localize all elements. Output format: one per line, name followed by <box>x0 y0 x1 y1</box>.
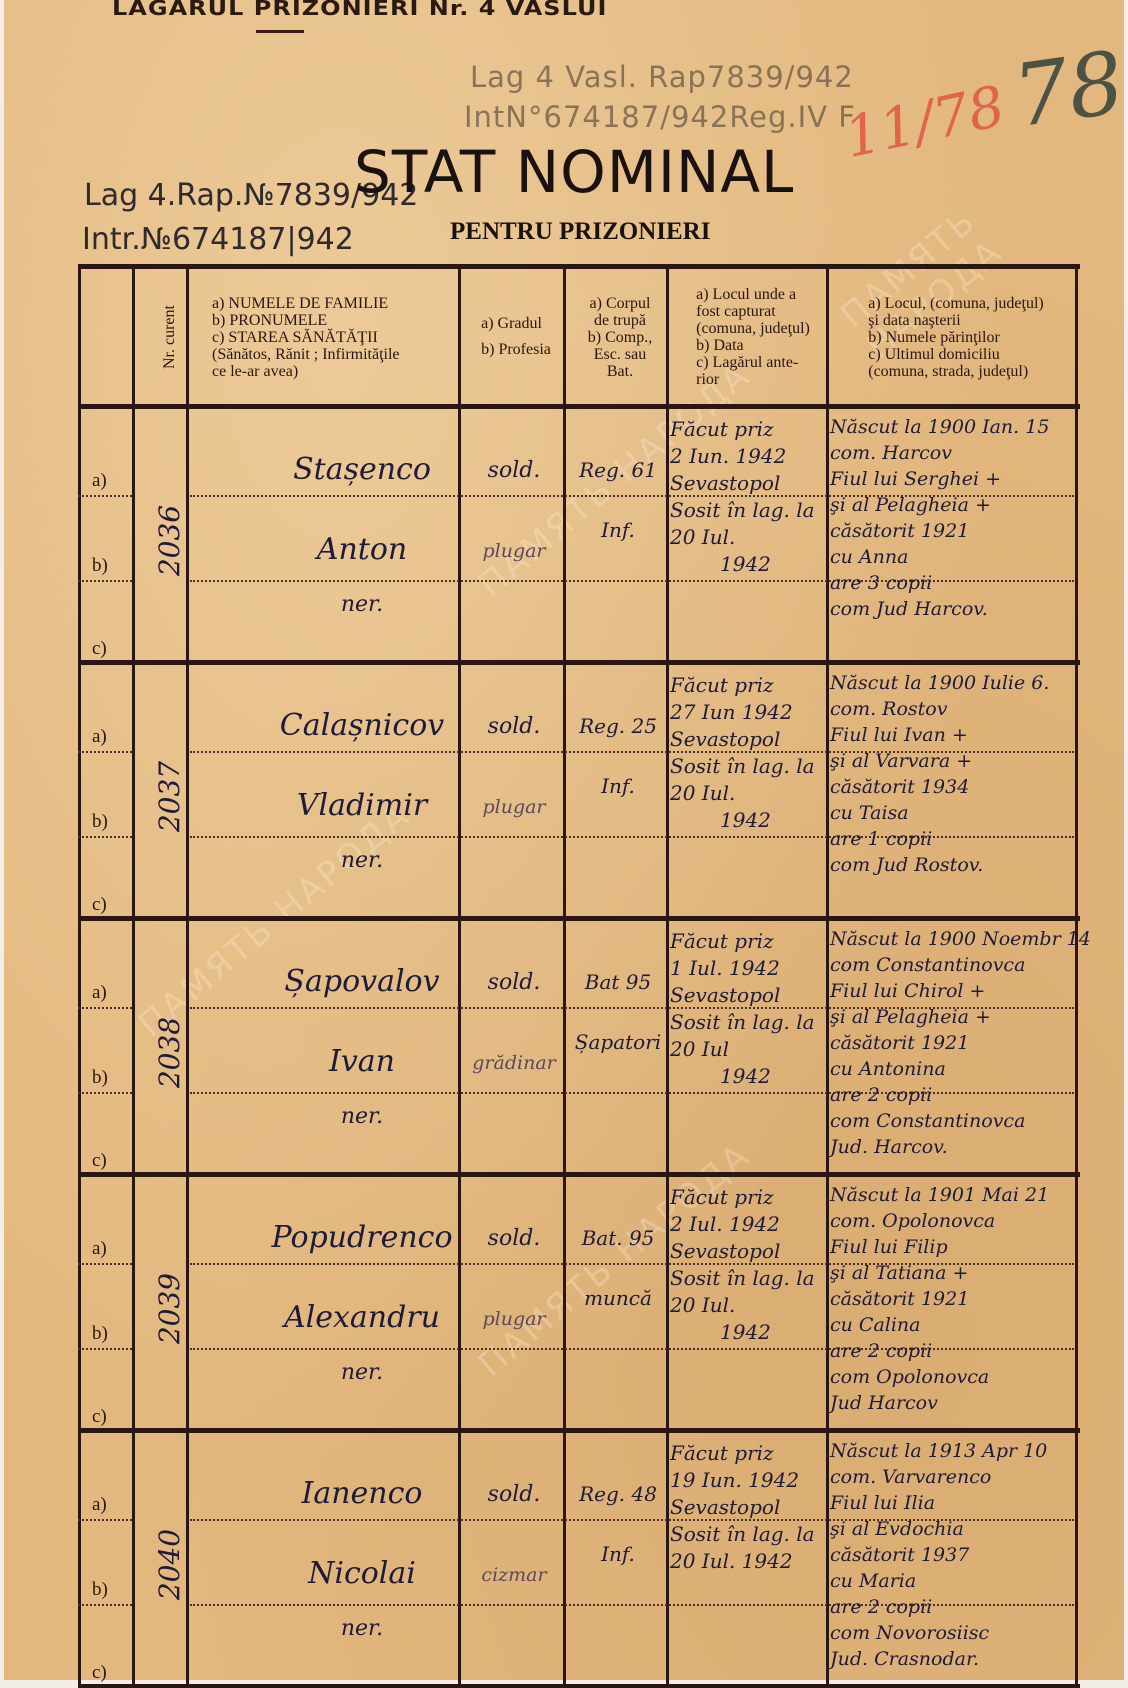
company: Inf. <box>570 1542 666 1566</box>
current-number: 2036 <box>142 470 198 610</box>
birth-line: com Jud Harcov. <box>830 596 1049 622</box>
birth-line: Fiul lui Serghei + <box>830 466 1049 492</box>
header-grade: a) Gradulb) Profesia <box>464 270 568 404</box>
document-page: LAGĂRUL PRIZONIERI Nr. 4 VASLUI Lag 4 Va… <box>4 0 1124 1680</box>
row-label-a: a) <box>92 726 107 748</box>
birth-line: Jud Harcov <box>830 1390 1049 1416</box>
current-number: 2037 <box>142 726 198 866</box>
capture-line: Sevastopol <box>670 726 815 753</box>
health-status: ner. <box>204 1616 520 1641</box>
profession: plugar <box>464 796 564 818</box>
header-line: b) Profesia <box>481 337 551 363</box>
birth-line: are 1 copii <box>830 826 1049 852</box>
capture-line: 2 Iun. 1942 <box>670 443 815 470</box>
row-bottom-rule <box>78 1172 1080 1177</box>
birth-line: com. Opolonovca <box>830 1208 1049 1234</box>
prisoner-table: Nr. curent a) NUMELE DE FAMILIEb) PRONUM… <box>78 264 1080 1688</box>
row-label-a: a) <box>92 982 107 1004</box>
row-label-a: a) <box>92 1238 107 1260</box>
header-line: b) PRONUMELE <box>212 312 400 329</box>
birth-line: Fiul lui Chirol + <box>830 978 1091 1004</box>
capture-info: Făcut priz1 Iul. 1942SevastopolSosit în … <box>670 928 815 1090</box>
row-label-c: c) <box>92 1150 107 1172</box>
registration-stamp-line-2: IntN°674187/942Reg.IV F <box>464 100 856 134</box>
capture-line: 1942 <box>670 1063 815 1090</box>
header-bottom-rule <box>78 404 1080 409</box>
birth-info: Născut la 1913 Apr 10com. VarvarencoFiul… <box>830 1438 1047 1672</box>
row-divider <box>78 580 132 582</box>
birth-line: şi al Pelagheia + <box>830 492 1049 518</box>
birth-line: căsătorit 1921 <box>830 518 1049 544</box>
capture-line: 20 Iul. <box>670 780 815 807</box>
table-row: a)b)c)2038ȘapovalovIvanner.sold.grădinar… <box>78 922 1080 1178</box>
header-line: a) NUMELE DE FAMILIE <box>212 295 400 312</box>
birth-line: com. Harcov <box>830 440 1049 466</box>
document-title: STAT NOMINAL <box>354 138 794 206</box>
header-capture: a) Locul unde afost capturat(comuna, jud… <box>678 270 828 404</box>
registration-stamp-line-1: Lag 4 Vasl. Rap7839/942 <box>470 60 854 94</box>
capture-info: Făcut priz2 Iun. 1942SevastopolSosit în … <box>670 416 815 578</box>
health-status: ner. <box>204 1104 520 1129</box>
row-label-c: c) <box>92 1662 107 1684</box>
capture-line: 2 Iul. 1942 <box>670 1211 815 1238</box>
capture-line: Sosit în lag. la <box>670 753 815 780</box>
capture-line: Făcut priz <box>670 416 815 443</box>
unit: Bat. 95 <box>570 1226 666 1250</box>
profession: grădinar <box>464 1052 564 1074</box>
rank: sold. <box>464 1482 564 1507</box>
birth-line: căsătorit 1937 <box>830 1542 1047 1568</box>
capture-line: Sevastopol <box>670 982 815 1009</box>
birth-line: are 2 copii <box>830 1082 1091 1108</box>
birth-line: Născut la 1900 Iulie 6. <box>830 670 1049 696</box>
capture-line: 27 Iun 1942 <box>670 699 815 726</box>
birth-line: şi al Evdochia <box>830 1516 1047 1542</box>
birth-line: căsătorit 1921 <box>830 1286 1049 1312</box>
rank: sold. <box>464 1226 564 1251</box>
birth-line: com Novorosiisc <box>830 1620 1047 1646</box>
birth-info: Născut la 1900 Ian. 15com. HarcovFiul lu… <box>830 414 1049 622</box>
birth-line: căsătorit 1921 <box>830 1030 1091 1056</box>
birth-line: cu Anna <box>830 544 1049 570</box>
header-line: (comuna, judeţul) <box>696 320 810 337</box>
health-status: ner. <box>204 848 520 873</box>
unit: Bat 95 <box>570 970 666 994</box>
capture-line: Făcut priz <box>670 1440 815 1467</box>
birth-line: Fiul lui Ivan + <box>830 722 1049 748</box>
red-pencil-annotation: 11/78 <box>839 74 1010 171</box>
header-line: c) STAREA SĂNĂTĂŢII <box>212 329 400 346</box>
current-number: 2040 <box>142 1494 198 1634</box>
birth-line: şi al Pelagheia + <box>830 1004 1091 1030</box>
capture-info: Făcut priz27 Iun 1942SevastopolSosit în … <box>670 672 815 834</box>
birth-line: Născut la 1913 Apr 10 <box>830 1438 1047 1464</box>
capture-line: Sosit în lag. la <box>670 1521 815 1548</box>
header-line: Bat. <box>588 363 652 380</box>
row-divider <box>78 1092 132 1094</box>
birth-line: şi al Varvara + <box>830 748 1049 774</box>
capture-line: 1942 <box>670 551 815 578</box>
company: Șapatori <box>570 1030 666 1054</box>
row-bottom-rule <box>78 1428 1080 1433</box>
health-status: ner. <box>204 1360 520 1385</box>
unit: Reg. 25 <box>570 714 666 738</box>
birth-line: Jud. Harcov. <box>830 1134 1091 1160</box>
row-divider <box>78 751 132 753</box>
table-row: a)b)c)2039PopudrencoAlexandruner.sold.pl… <box>78 1178 1080 1434</box>
birth-line: căsătorit 1934 <box>830 774 1049 800</box>
capture-line: Sevastopol <box>670 1494 815 1521</box>
capture-line: Sevastopol <box>670 470 815 497</box>
row-label-c: c) <box>92 894 107 916</box>
capture-line: Făcut priz <box>670 1184 815 1211</box>
capture-line: Sosit în lag. la <box>670 1265 815 1292</box>
row-divider <box>78 836 132 838</box>
birth-line: Fiul lui Ilia <box>830 1490 1047 1516</box>
row-label-a: a) <box>92 1494 107 1516</box>
birth-line: cu Maria <box>830 1568 1047 1594</box>
capture-line: 1942 <box>670 1319 815 1346</box>
birth-line: com. Rostov <box>830 696 1049 722</box>
row-divider <box>78 1007 132 1009</box>
header-unit: a) Corpulde trupăb) Comp.,Esc. sauBat. <box>570 270 670 404</box>
row-label-b: b) <box>92 811 108 833</box>
company: Inf. <box>570 518 666 542</box>
profession: plugar <box>464 1308 564 1330</box>
health-status: ner. <box>204 592 520 617</box>
current-number: 2039 <box>142 1238 198 1378</box>
capture-line: Sosit în lag. la <box>670 497 815 524</box>
birth-line: com Jud Rostov. <box>830 852 1049 878</box>
row-label-c: c) <box>92 638 107 660</box>
header-line: a) Corpul <box>588 295 652 312</box>
row-divider <box>78 1348 132 1350</box>
birth-line: Născut la 1901 Mai 21 <box>830 1182 1049 1208</box>
profession: plugar <box>464 540 564 562</box>
birth-line: com Constantinovca <box>830 952 1091 978</box>
header-nr: Nr. curent <box>142 270 198 404</box>
row-bottom-rule <box>78 1684 1080 1688</box>
birth-info: Născut la 1900 Noembr 14com Constantinov… <box>830 926 1091 1160</box>
rank: sold. <box>464 970 564 995</box>
row-bottom-rule <box>78 916 1080 921</box>
header-line: c) Lagărul ante- <box>696 354 810 371</box>
birth-line: Jud. Crasnodar. <box>830 1646 1047 1672</box>
birth-line: are 2 copii <box>830 1338 1049 1364</box>
birth-line: com Constantinovca <box>830 1108 1091 1134</box>
birth-line: Fiul lui Filip <box>830 1234 1049 1260</box>
header-line: de trupă <box>588 312 652 329</box>
capture-line: Sevastopol <box>670 1238 815 1265</box>
capture-line: Sosit în lag. la <box>670 1009 815 1036</box>
company: muncă <box>570 1286 666 1310</box>
unit: Reg. 61 <box>570 458 666 482</box>
birth-line: com. Varvarenco <box>830 1464 1047 1490</box>
row-label-b: b) <box>92 1323 108 1345</box>
capture-line: 20 Iul. <box>670 524 815 551</box>
rank: sold. <box>464 714 564 739</box>
table-row: a)b)c)2040IanencoNicolainer.sold.cizmarR… <box>78 1434 1080 1688</box>
birth-line: Născut la 1900 Noembr 14 <box>830 926 1091 952</box>
capture-line: 20 Iul. 1942 <box>670 1548 815 1575</box>
profession: cizmar <box>464 1564 564 1586</box>
header-line: (Sănătos, Rănit ; Infirmităţile <box>212 346 400 363</box>
birth-line: are 3 copii <box>830 570 1049 596</box>
row-label-b: b) <box>92 555 108 577</box>
birth-line: şi al Tatiana + <box>830 1260 1049 1286</box>
row-divider <box>78 1263 132 1265</box>
capture-line: 1942 <box>670 807 815 834</box>
row-label-b: b) <box>92 1579 108 1601</box>
header-line: a) Locul, (comuna, judeţul) <box>868 295 1044 312</box>
row-divider <box>78 1604 132 1606</box>
header-line: b) Comp., <box>588 329 652 346</box>
birth-line: cu Calina <box>830 1312 1049 1338</box>
birth-info: Născut la 1901 Mai 21com. OpolonovcaFiul… <box>830 1182 1049 1416</box>
birth-info: Născut la 1900 Iulie 6.com. RostovFiul l… <box>830 670 1049 878</box>
birth-line: cu Taisa <box>830 800 1049 826</box>
header-line: Esc. sau <box>588 346 652 363</box>
document-subtitle: PENTRU PRIZONIERI <box>450 218 710 246</box>
entry-number-stamp: Intr.№674187|942 <box>82 222 354 257</box>
header-birth: a) Locul, (comuna, judeţul)şi data naşte… <box>836 270 1076 404</box>
capture-line: 20 Iul <box>670 1036 815 1063</box>
heading-underline <box>256 30 304 33</box>
row-divider <box>78 1519 132 1521</box>
birth-line: are 2 copii <box>830 1594 1047 1620</box>
capture-info: Făcut priz19 Iun. 1942SevastopolSosit în… <box>670 1440 815 1575</box>
header-line: şi data naşterii <box>868 312 1044 329</box>
header-line: c) Ultimul domiciliu <box>868 346 1044 363</box>
table-top-rule <box>78 264 1080 269</box>
row-label-b: b) <box>92 1067 108 1089</box>
row-label-c: c) <box>92 1406 107 1428</box>
birth-line: cu Antonina <box>830 1056 1091 1082</box>
header-line: b) Numele părinţilor <box>868 329 1044 346</box>
company: Inf. <box>570 774 666 798</box>
capture-line: 1 Iul. 1942 <box>670 955 815 982</box>
rank: sold. <box>464 458 564 483</box>
row-bottom-rule <box>78 660 1080 665</box>
header-line: b) Data <box>696 337 810 354</box>
current-number: 2038 <box>142 982 198 1122</box>
table-row: a)b)c)2036StașencoAntonner.sold.plugarRe… <box>78 410 1080 666</box>
capture-line: 20 Iul. <box>670 1292 815 1319</box>
header-line: (comuna, strada, judeţul) <box>868 363 1044 380</box>
header-line: rior <box>696 371 810 388</box>
capture-line: Făcut priz <box>670 928 815 955</box>
capture-info: Făcut priz2 Iul. 1942SevastopolSosit în … <box>670 1184 815 1346</box>
row-label-a: a) <box>92 470 107 492</box>
header-line: a) Locul unde a <box>696 286 810 303</box>
capture-line: Făcut priz <box>670 672 815 699</box>
header-line: a) Gradul <box>481 311 551 337</box>
table-row: a)b)c)2037CalașnicovVladimirner.sold.plu… <box>78 666 1080 922</box>
birth-line: com Opolonovca <box>830 1364 1049 1390</box>
unit: Reg. 48 <box>570 1482 666 1506</box>
camp-heading: LAGĂRUL PRIZONIERI Nr. 4 VASLUI <box>112 0 607 20</box>
birth-line: Născut la 1900 Ian. 15 <box>830 414 1049 440</box>
header-line: fost capturat <box>696 303 810 320</box>
header-line: ce le-ar avea) <box>212 363 400 380</box>
row-divider <box>78 495 132 497</box>
capture-line: 19 Iun. 1942 <box>670 1467 815 1494</box>
